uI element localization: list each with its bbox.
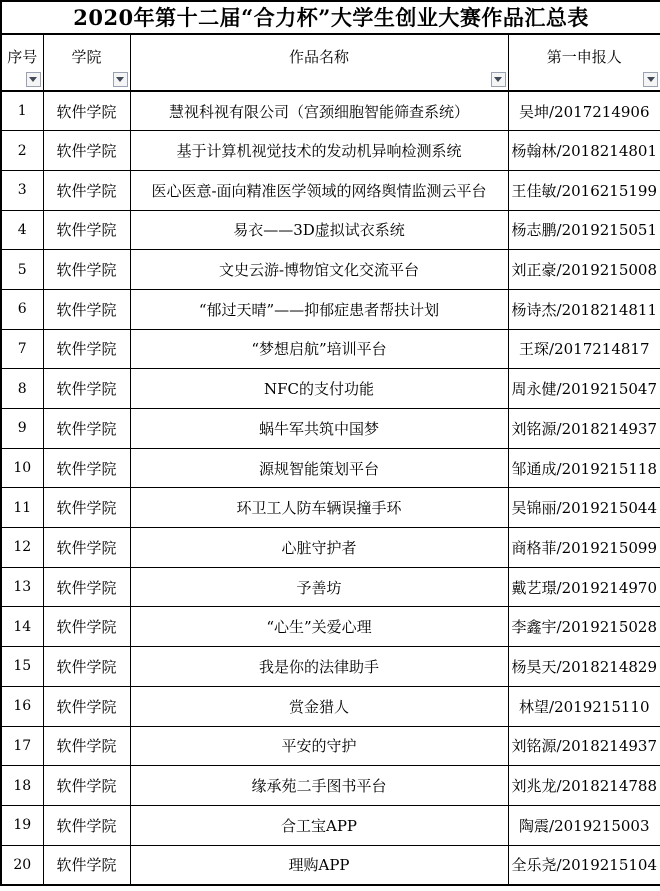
column-header-index[interactable]: 序号 [1,34,43,91]
college-cell[interactable]: 软件学院 [43,369,130,409]
table-row: 16软件学院赏金猎人林望/2019215110 [1,686,660,726]
work-name-cell[interactable]: 医心医意-面向精准医学领域的网络舆情监测云平台 [130,170,508,210]
applicant-cell[interactable]: 王琛/2017214817 [508,329,660,369]
table-row: 9软件学院蜗牛军共筑中国梦刘铭源/2018214937 [1,409,660,449]
work-name-cell[interactable]: 基于计算机视觉技术的发动机异响检测系统 [130,131,508,171]
college-cell[interactable]: 软件学院 [43,448,130,488]
applicant-cell[interactable]: 吴坤/2017214906 [508,91,660,131]
table-row: 20软件学院理购APP全乐尧/2019215104 [1,845,660,885]
work-name-cell[interactable]: 环卫工人防车辆误撞手环 [130,488,508,528]
college-cell[interactable]: 软件学院 [43,409,130,449]
summary-table: 2020年第十二届“合力杯”大学生创业大赛作品汇总表 序号 学院 作品名称 [0,0,660,886]
work-name-cell[interactable]: 我是你的法律助手 [130,647,508,687]
chevron-down-icon [647,77,655,82]
worksheet: 2020年第十二届“合力杯”大学生创业大赛作品汇总表 序号 学院 作品名称 [0,0,660,891]
work-name-cell[interactable]: 予善坊 [130,567,508,607]
page-title: 2020年第十二届“合力杯”大学生创业大赛作品汇总表 [1,1,660,34]
work-name-cell[interactable]: 慧视科视有限公司（宫颈细胞智能筛查系统） [130,91,508,131]
work-name-cell[interactable]: “梦想启航”培训平台 [130,329,508,369]
column-header-label: 序号 [7,48,37,66]
index-cell[interactable]: 10 [1,448,43,488]
filter-dropdown-button[interactable] [643,72,658,87]
work-name-cell[interactable]: 缘承苑二手图书平台 [130,766,508,806]
table-row: 1软件学院慧视科视有限公司（宫颈细胞智能筛查系统）吴坤/2017214906 [1,91,660,131]
index-cell[interactable]: 13 [1,567,43,607]
work-name-cell[interactable]: “心生”关爱心理 [130,607,508,647]
index-cell[interactable]: 14 [1,607,43,647]
filter-dropdown-button[interactable] [113,72,128,87]
chevron-down-icon [494,77,502,82]
applicant-cell[interactable]: 刘铭源/2018214937 [508,726,660,766]
college-cell[interactable]: 软件学院 [43,726,130,766]
college-cell[interactable]: 软件学院 [43,488,130,528]
table-row: 19软件学院合工宝APP陶震/2019215003 [1,805,660,845]
applicant-cell[interactable]: 刘兆龙/2018214788 [508,766,660,806]
college-cell[interactable]: 软件学院 [43,607,130,647]
work-name-cell[interactable]: 理购APP [130,845,508,885]
index-cell[interactable]: 3 [1,170,43,210]
header-row: 序号 学院 作品名称 [1,34,660,91]
applicant-cell[interactable]: 刘铭源/2018214937 [508,409,660,449]
table-row: 5软件学院文史云游-博物馆文化交流平台刘正豪/2019215008 [1,250,660,290]
applicant-cell[interactable]: 商格菲/2019215099 [508,528,660,568]
column-header-label: 学院 [71,48,101,66]
table-row: 15软件学院我是你的法律助手杨昊天/2018214829 [1,647,660,687]
table-row: 10软件学院源规智能策划平台邹通成/2019215118 [1,448,660,488]
index-cell[interactable]: 7 [1,329,43,369]
chevron-down-icon [29,77,37,82]
index-cell[interactable]: 19 [1,805,43,845]
college-cell[interactable]: 软件学院 [43,528,130,568]
index-cell[interactable]: 17 [1,726,43,766]
college-cell[interactable]: 软件学院 [43,686,130,726]
table-row: 7软件学院“梦想启航”培训平台王琛/2017214817 [1,329,660,369]
work-name-cell[interactable]: 蜗牛军共筑中国梦 [130,409,508,449]
index-cell[interactable]: 4 [1,210,43,250]
work-name-cell[interactable]: 源规智能策划平台 [130,448,508,488]
college-cell[interactable]: 软件学院 [43,329,130,369]
applicant-cell[interactable]: 李鑫宇/2019215028 [508,607,660,647]
applicant-cell[interactable]: 戴艺璟/2019214970 [508,567,660,607]
table-row: 14软件学院“心生”关爱心理李鑫宇/2019215028 [1,607,660,647]
column-header-college[interactable]: 学院 [43,34,130,91]
index-cell[interactable]: 6 [1,289,43,329]
index-cell[interactable]: 15 [1,647,43,687]
applicant-cell[interactable]: 杨翰林/2018214801 [508,131,660,171]
work-name-cell[interactable]: 心脏守护者 [130,528,508,568]
applicant-cell[interactable]: 刘正豪/2019215008 [508,250,660,290]
college-cell[interactable]: 软件学院 [43,845,130,885]
filter-dropdown-button[interactable] [491,72,506,87]
index-cell[interactable]: 1 [1,91,43,131]
work-name-cell[interactable]: NFC的支付功能 [130,369,508,409]
index-cell[interactable]: 2 [1,131,43,171]
college-cell[interactable]: 软件学院 [43,647,130,687]
work-name-cell[interactable]: 易衣——3D虚拟试衣系统 [130,210,508,250]
college-cell[interactable]: 软件学院 [43,289,130,329]
applicant-cell[interactable]: 陶震/2019215003 [508,805,660,845]
applicant-cell[interactable]: 王佳敏/2016215199 [508,170,660,210]
chevron-down-icon [116,77,124,82]
work-name-cell[interactable]: “郁过天晴”——抑郁症患者帮扶计划 [130,289,508,329]
applicant-cell[interactable]: 周永健/2019215047 [508,369,660,409]
work-name-cell[interactable]: 合工宝APP [130,805,508,845]
college-cell[interactable]: 软件学院 [43,210,130,250]
title-row: 2020年第十二届“合力杯”大学生创业大赛作品汇总表 [1,1,660,34]
applicant-cell[interactable]: 吴锦丽/2019215044 [508,488,660,528]
college-cell[interactable]: 软件学院 [43,250,130,290]
college-cell[interactable]: 软件学院 [43,805,130,845]
table-row: 6软件学院“郁过天晴”——抑郁症患者帮扶计划杨诗杰/2018214811 [1,289,660,329]
index-cell[interactable]: 12 [1,528,43,568]
applicant-cell[interactable]: 杨昊天/2018214829 [508,647,660,687]
filter-dropdown-button[interactable] [26,72,41,87]
table-row: 18软件学院缘承苑二手图书平台刘兆龙/2018214788 [1,766,660,806]
table-row: 12软件学院心脏守护者商格菲/2019215099 [1,528,660,568]
applicant-cell[interactable]: 林望/2019215110 [508,686,660,726]
table-body: 1软件学院慧视科视有限公司（宫颈细胞智能筛查系统）吴坤/20172149062软… [1,91,660,885]
column-header-work-name[interactable]: 作品名称 [130,34,508,91]
applicant-cell[interactable]: 邹通成/2019215118 [508,448,660,488]
table-row: 11软件学院环卫工人防车辆误撞手环吴锦丽/2019215044 [1,488,660,528]
index-cell[interactable]: 18 [1,766,43,806]
college-cell[interactable]: 软件学院 [43,567,130,607]
index-cell[interactable]: 9 [1,409,43,449]
table-row: 4软件学院易衣——3D虚拟试衣系统杨志鹏/2019215051 [1,210,660,250]
college-cell[interactable]: 软件学院 [43,170,130,210]
work-name-cell[interactable]: 平安的守护 [130,726,508,766]
table-row: 3软件学院医心医意-面向精准医学领域的网络舆情监测云平台王佳敏/20162151… [1,170,660,210]
table-row: 17软件学院平安的守护刘铭源/2018214937 [1,726,660,766]
index-cell[interactable]: 20 [1,845,43,885]
college-cell[interactable]: 软件学院 [43,131,130,171]
work-name-cell[interactable]: 赏金猎人 [130,686,508,726]
index-cell[interactable]: 8 [1,369,43,409]
applicant-cell[interactable]: 杨志鹏/2019215051 [508,210,660,250]
index-cell[interactable]: 16 [1,686,43,726]
college-cell[interactable]: 软件学院 [43,91,130,131]
table-row: 8软件学院NFC的支付功能周永健/2019215047 [1,369,660,409]
college-cell[interactable]: 软件学院 [43,766,130,806]
index-cell[interactable]: 5 [1,250,43,290]
column-header-label: 第一申报人 [547,48,622,66]
index-cell[interactable]: 11 [1,488,43,528]
table-row: 13软件学院予善坊戴艺璟/2019214970 [1,567,660,607]
column-header-applicant[interactable]: 第一申报人 [508,34,660,91]
applicant-cell[interactable]: 全乐尧/2019215104 [508,845,660,885]
work-name-cell[interactable]: 文史云游-博物馆文化交流平台 [130,250,508,290]
table-row: 2软件学院基于计算机视觉技术的发动机异响检测系统杨翰林/2018214801 [1,131,660,171]
applicant-cell[interactable]: 杨诗杰/2018214811 [508,289,660,329]
column-header-label: 作品名称 [289,48,349,66]
